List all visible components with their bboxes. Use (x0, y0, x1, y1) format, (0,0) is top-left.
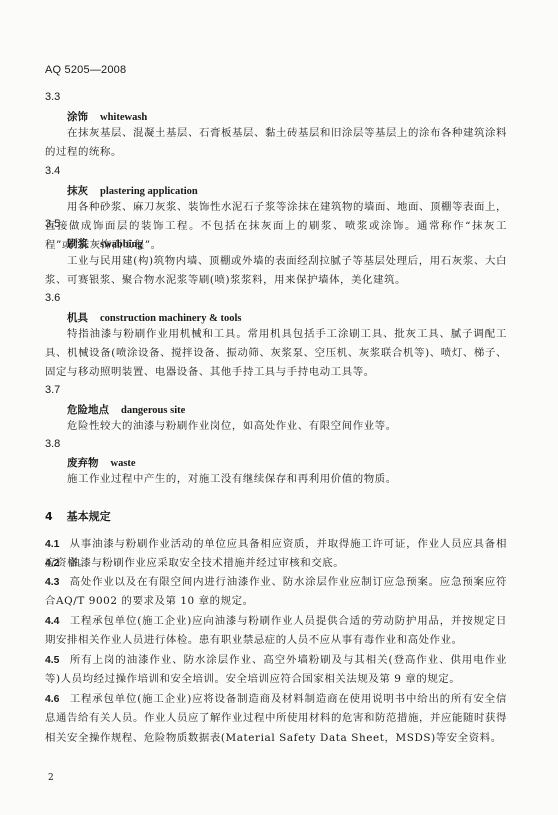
definition-text: 在抹灰基层、混凝土基层、石膏板基层、黏土砖基层和旧涂层等基层上的涂布各种建筑涂料… (45, 124, 507, 162)
term-en: whitewash (100, 112, 147, 123)
term-zh: 涂饰 (67, 111, 88, 123)
clause-number: 4.6 (45, 694, 59, 705)
clause-number: 4.4 (45, 616, 59, 627)
term-zh: 危险地点 (67, 404, 109, 416)
clause-number: 4.2 (45, 558, 59, 569)
definition-number: 3.6 (45, 292, 60, 304)
definition-number: 3.8 (45, 438, 60, 450)
document-page: AQ 5205—2008 3.3 涂饰whitewash 在抹灰基层、混凝土基层… (0, 0, 558, 815)
definition-term: 抹灰plastering application (67, 183, 198, 198)
definition-text: 危险性较大的油漆与粉刷作业岗位，如高处作业、有限空间作业等。 (45, 417, 507, 436)
term-en: dangerous site (121, 405, 185, 416)
clause-number: 4.5 (45, 655, 59, 666)
term-en: swabbing (100, 239, 143, 250)
clause: 4.5所有上岗的油漆作业、防水涂层作业、高空外墙粉刷及与其相关(登高作业、供用电… (45, 651, 507, 690)
term-en: construction machinery & tools (100, 313, 241, 324)
term-zh: 抹灰 (67, 185, 88, 197)
clause-text: 所有上岗的油漆作业、防水涂层作业、高空外墙粉刷及与其相关(登高作业、供用电作业等… (45, 654, 507, 685)
definition-number: 3.3 (45, 91, 60, 103)
definition-text: 特指油漆与粉刷作业用机械和工具。常用机具包括手工涂刷工具、批灰工具、腻子调配工具… (45, 325, 507, 383)
page-number: 2 (48, 773, 54, 783)
clause-number: 4.3 (45, 577, 59, 588)
clause: 4.4工程承包单位(施工企业)应向油漆与粉刷作业人员提供合适的劳动防护用品，并按… (45, 612, 507, 651)
definition-term: 涂饰whitewash (67, 109, 147, 124)
standard-id-header: AQ 5205—2008 (45, 64, 126, 76)
clause-text: 高处作业以及在有限空间内进行油漆作业、防水涂层作业应制订应急预案。应急预案应符合… (45, 576, 507, 607)
definition-term: 刷浆swabbing (67, 236, 143, 251)
clause-text: 工程承包单位(施工企业)应将设备制造商及材料制造商在使用说明书中给出的所有安全信… (45, 693, 507, 744)
definition-number: 3.4 (45, 165, 60, 177)
definition-term: 废弃物waste (67, 455, 136, 470)
term-zh: 废弃物 (67, 457, 99, 469)
term-en: waste (111, 458, 136, 469)
definition-text: 施工作业过程中产生的，对施工没有继续保存和再利用价值的物质。 (45, 470, 507, 489)
definition-term: 机具construction machinery & tools (67, 310, 241, 325)
clause: 4.3高处作业以及在有限空间内进行油漆作业、防水涂层作业应制订应急预案。应急预案… (45, 573, 507, 612)
definition-number: 3.7 (45, 384, 60, 396)
clause: 4.2油漆与粉刷作业应采取安全技术措施并经过审核和交底。 (45, 554, 507, 573)
term-en: plastering application (100, 186, 198, 197)
clause: 4.6工程承包单位(施工企业)应将设备制造商及材料制造商在使用说明书中给出的所有… (45, 690, 507, 748)
section-heading: 4基本规定 (45, 508, 111, 524)
clause-text: 油漆与粉刷作业应采取安全技术措施并经过审核和交底。 (69, 557, 344, 569)
clause-number: 4.1 (45, 539, 59, 550)
section-title: 基本规定 (67, 510, 111, 523)
definition-term: 危险地点dangerous site (67, 402, 185, 417)
definition-text: 工业与民用建(构)筑物内墙、顶棚或外墙的表面经刮拉腻子等基层处理后，用石灰浆、大… (45, 252, 507, 290)
clause-text: 工程承包单位(施工企业)应向油漆与粉刷作业人员提供合适的劳动防护用品，并按规定日… (45, 615, 507, 646)
section-number: 4 (45, 510, 53, 523)
term-zh: 机具 (67, 312, 88, 324)
definition-number: 3.5 (45, 218, 60, 230)
term-zh: 刷浆 (67, 238, 88, 250)
